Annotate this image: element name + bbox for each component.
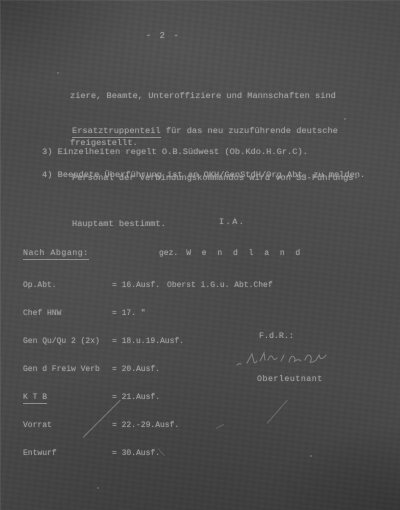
paragraph-ersatz-line1: Ersatztruppenteil für das neu zuzuführen…: [72, 124, 359, 140]
signer-title: Oberst i.G.u. Abt.Chef: [167, 281, 273, 291]
distribution-row: Op.Abt.= 16.Ausf.Oberst i.G.u. Abt.Chef: [23, 281, 273, 291]
signer-rank: Oberleutnant: [257, 375, 323, 384]
page-number: - 2 -: [128, 31, 198, 41]
dust-speck: [97, 487, 99, 489]
distribution-label: Gen Qu/Qu 2 (2x): [23, 337, 112, 347]
list-item-3: 3) Einzelheiten regelt O.B.Südwest (Ob.K…: [42, 147, 308, 157]
document-page: - 2 - ziere, Beamte, Unteroffiziere und …: [0, 0, 400, 510]
distribution-row: K T B= 21.Ausf.: [23, 393, 273, 403]
paragraph-ersatz-line3: Hauptamt bestimmt.: [72, 217, 359, 233]
distribution-value: = 18.u.19.Ausf.: [112, 337, 184, 347]
list-item-4: 4) Beendete Überführung ist an OKH/GenSt…: [42, 170, 365, 180]
distribution-value: = 16.Ausf.: [112, 281, 160, 291]
signer-name: W e n d l a n d: [186, 249, 303, 258]
distribution-value: = 21.Ausf.: [112, 393, 160, 403]
dust-speck: [57, 72, 59, 74]
distribution-row: Chef HNW= 17. ": [23, 309, 273, 319]
distribution-row: Entwurf= 30.Ausf.: [23, 449, 273, 459]
distribution-value: = 22.-29.Ausf.: [112, 421, 179, 431]
distribution-label: K T B: [23, 393, 112, 403]
dust-speck: [310, 455, 312, 457]
gez-abbreviation: gez.: [159, 249, 178, 258]
distribution-label-ktb: K T B: [23, 393, 47, 404]
distribution-label: Op.Abt.: [23, 281, 112, 291]
distribution-label: Vorrat: [23, 421, 112, 431]
distribution-label: Chef HNW: [23, 309, 112, 319]
ersatz-underlined-lead: Ersatztruppenteil: [72, 126, 161, 138]
ersatz-line1-rest: für das neu zuzuführende deutsche: [161, 126, 338, 136]
distribution-heading: Nach Abgang:: [23, 249, 89, 260]
distribution-label: Entwurf: [23, 449, 112, 459]
distribution-value: = 30.Ausf.: [112, 449, 160, 459]
im-auftrag-abbreviation: I.A.: [219, 217, 245, 227]
fdr-abbreviation: F.d.R.:: [259, 332, 294, 341]
distribution-label: Gen d Freiw Verb: [23, 365, 112, 375]
signature-handwriting: [233, 346, 341, 372]
signed-name-line: gez.W e n d l a n d: [159, 249, 303, 258]
distribution-value: = 17. ": [112, 309, 146, 319]
distribution-row: Vorrat= 22.-29.Ausf.: [23, 421, 273, 431]
distribution-value: = 20.Ausf.: [112, 365, 160, 375]
